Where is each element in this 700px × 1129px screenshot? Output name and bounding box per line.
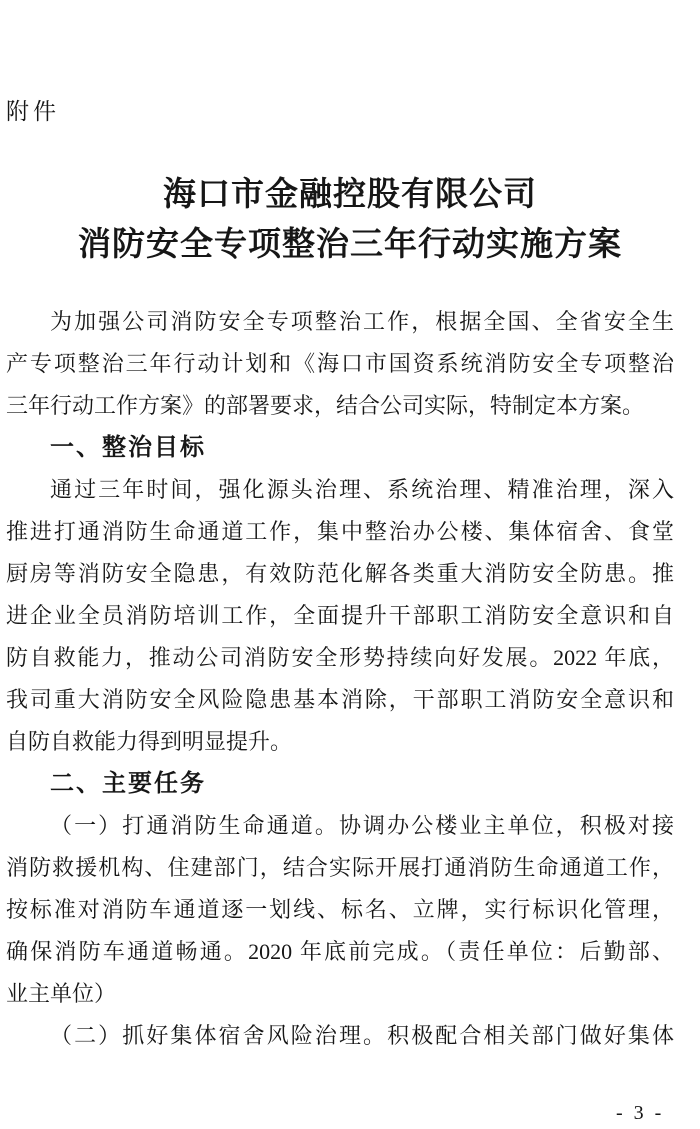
text-line: 我司重大消防安全风险隐患基本消除，干部职工消防安全意识和 xyxy=(6,679,674,721)
document-title: 海口市金融控股有限公司 消防安全专项整治三年行动实施方案 xyxy=(0,170,700,270)
section-heading: 一、整治目标 xyxy=(6,427,674,469)
document-body: 为加强公司消防安全专项整治工作，根据全国、全省安全生产专项整治三年行动计划和《海… xyxy=(6,301,674,1057)
section-heading: 二、主要任务 xyxy=(6,763,674,805)
text-line: 进企业全员消防培训工作，全面提升干部职工消防安全意识和自 xyxy=(6,595,674,637)
text-line: 按标准对消防车通道逐一划线、标名、立牌，实行标识化管理， xyxy=(6,889,674,931)
text-line: 为加强公司消防安全专项整治工作，根据全国、全省安全生 xyxy=(6,301,674,343)
document-title-line-1: 海口市金融控股有限公司 xyxy=(0,170,700,220)
text-line: （一）打通消防生命通道。协调办公楼业主单位，积极对接 xyxy=(6,805,674,847)
text-line: 厨房等消防安全隐患，有效防范化解各类重大消防安全防患。推 xyxy=(6,553,674,595)
text-line: 通过三年时间，强化源头治理、系统治理、精准治理，深入 xyxy=(6,469,674,511)
text-line: （二）抓好集体宿舍风险治理。积极配合相关部门做好集体 xyxy=(6,1015,674,1057)
text-line: 消防救援机构、住建部门，结合实际开展打通消防生命通道工作， xyxy=(6,847,674,889)
attachment-label: 附件 xyxy=(6,99,60,125)
text-line: 产专项整治三年行动计划和《海口市国资系统消防安全专项整治 xyxy=(6,343,674,385)
text-line: 确保消防车通道畅通。2020 年底前完成。（责任单位：后勤部、 xyxy=(6,931,674,973)
document-page: 附件 海口市金融控股有限公司 消防安全专项整治三年行动实施方案 为加强公司消防安… xyxy=(0,0,700,1129)
page-number: - 3 - xyxy=(616,1100,664,1126)
text-line: 防自救能力，推动公司消防安全形势持续向好发展。2022 年底， xyxy=(6,637,674,679)
document-title-line-2: 消防安全专项整治三年行动实施方案 xyxy=(0,220,700,270)
text-line: 自防自救能力得到明显提升。 xyxy=(6,721,674,763)
text-line: 推进打通消防生命通道工作，集中整治办公楼、集体宿舍、食堂 xyxy=(6,511,674,553)
text-line: 业主单位） xyxy=(6,973,674,1015)
text-line: 三年行动工作方案》的部署要求，结合公司实际，特制定本方案。 xyxy=(6,385,674,427)
